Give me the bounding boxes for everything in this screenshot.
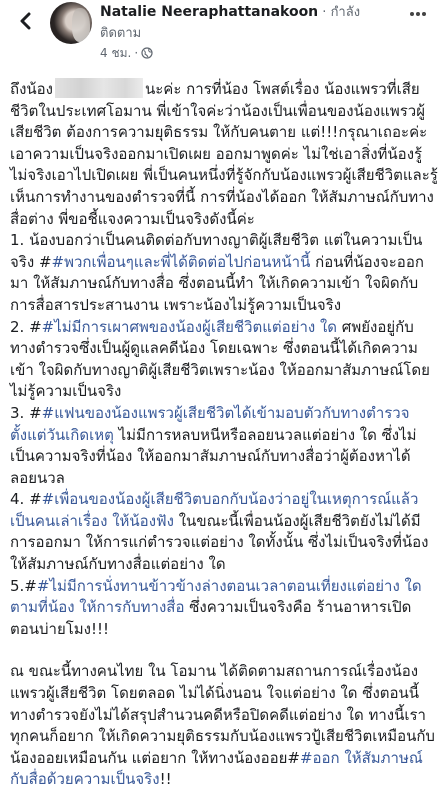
avatar[interactable] [50, 2, 92, 44]
closing-text-end: !! [160, 770, 172, 778]
post-time[interactable]: 4 ชม. [100, 44, 131, 62]
point-3: 3. ##แฟนของน้องแพรวผู้เสียชีวิตได้เข้ามอ… [10, 403, 438, 489]
post-closing: ณ ขณะนี้ทางคนไทย ใน โอมาน ได้ติดตามสถานก… [10, 661, 438, 778]
hashtag-link[interactable]: #พวกเพื่อนๆและพี่ได้ติดต่อไปก่อนหน้านี้ [52, 253, 311, 271]
post-intro: ถึงน้องนะค่ะ การที่น้อง โพสต์เรื่อง น้อง… [10, 78, 438, 230]
point-5: 5.##ไม่มีการนั่งทานข้าวข้างล่างตอนเวลาตอ… [10, 576, 438, 641]
name-separator: · [318, 5, 330, 20]
point-text: 3. # [10, 404, 42, 422]
ellipsis-icon [410, 12, 414, 16]
chevron-left-icon [19, 12, 31, 30]
redacted-name [55, 78, 143, 98]
back-button[interactable] [14, 10, 36, 32]
more-options-button[interactable] [406, 6, 430, 22]
point-4: 4. ##เพื่อนของน้องผู้เสียชีวิตบอกกับน้อง… [10, 489, 438, 575]
point-text: 4. # [10, 490, 42, 508]
globe-icon [141, 47, 153, 59]
post-header: Natalie Neeraphattanakoon · กำลังติดตาม … [0, 0, 444, 68]
point-1: 1. น้องบอกว่าเป็นคนติดต่อกับทางญาติผู้เส… [10, 230, 438, 316]
ellipsis-dot [422, 12, 426, 16]
author-name[interactable]: Natalie Neeraphattanakoon [100, 4, 318, 20]
paragraph-gap [10, 640, 438, 661]
time-separator: · [134, 44, 138, 62]
point-2: 2. ##ไม่มีการเผาศพของน้องผู้เสียชีวิตแต่… [10, 317, 438, 403]
post-body: ถึงน้องนะค่ะ การที่น้อง โพสต์เรื่อง น้อง… [10, 78, 438, 778]
point-text: 2. # [10, 318, 42, 336]
point-text: 5.# [10, 577, 37, 595]
ellipsis-dot [416, 12, 420, 16]
intro-text: นะค่ะ การที่น้อง โพสต์เรื่อง น้องแพรวที่… [10, 80, 438, 228]
hashtag-link[interactable]: #ไม่มีการเผาศพของน้องผู้เสียชีวิตแต่อย่า… [42, 318, 337, 336]
intro-text-start: ถึงน้อง [10, 80, 53, 98]
post-meta: Natalie Neeraphattanakoon · กำลังติดตาม … [100, 2, 390, 62]
